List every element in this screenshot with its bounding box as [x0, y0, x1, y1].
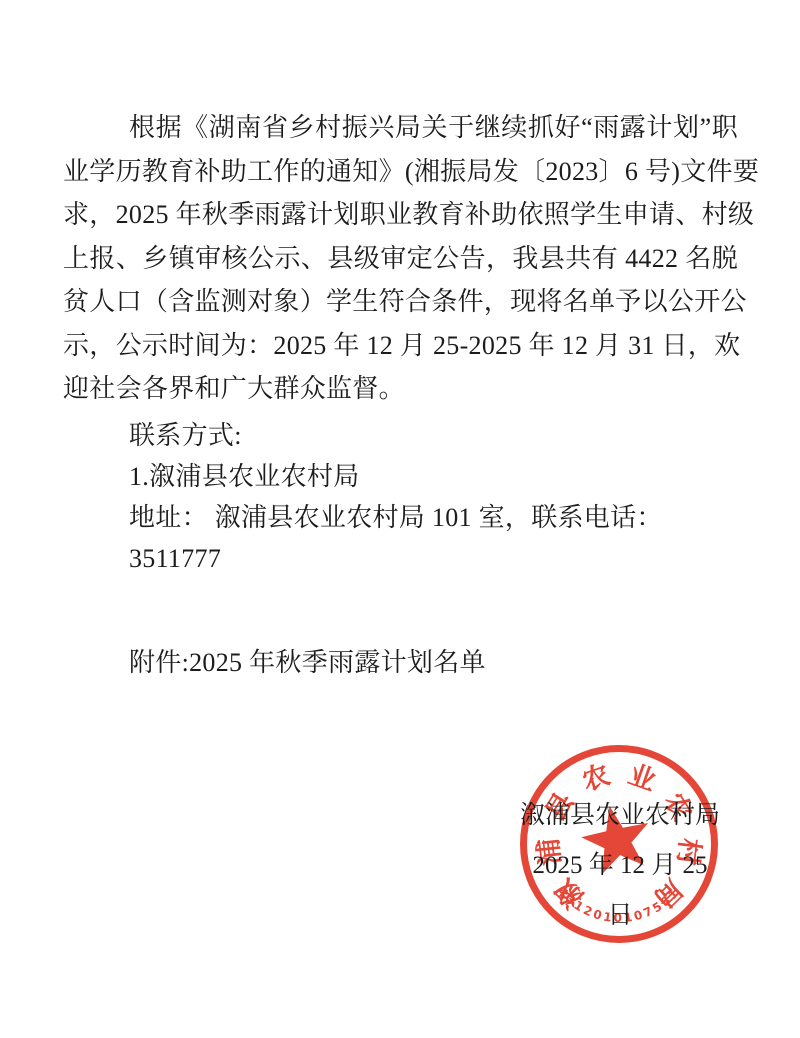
- paragraph-line: 迎社会各界和广大群众监督。: [63, 367, 738, 411]
- attachment-line: 附件:2025 年秋季雨露计划名单: [63, 641, 738, 684]
- signature-org: 溆浦县农业农村局: [520, 791, 720, 841]
- paragraph-line: 根据《湖南省乡村振兴局关于继续抓好“雨露计划”职: [63, 106, 738, 150]
- notice-document: 根据《湖南省乡村振兴局关于继续抓好“雨露计划”职 业学历教育补助工作的通知》(湘…: [63, 106, 738, 684]
- paragraph-line: 贫人口（含监测对象）学生符合条件，现将名单予以公开公: [63, 280, 738, 324]
- contact-org: 1.溆浦县农业农村局: [63, 456, 738, 497]
- paragraph-line: 求，2025 年秋季雨露计划职业教育补助依照学生申请、村级: [63, 193, 738, 237]
- paragraph-line: 业学历教育补助工作的通知》(湘振局发〔2023〕6 号)文件要: [63, 150, 738, 194]
- contact-block: 联系方式: 1.溆浦县农业农村局 地址： 溆浦县农业农村局 101 室，联系电话…: [63, 415, 738, 579]
- contact-address: 地址： 溆浦县农业农村局 101 室，联系电话： 3511777: [63, 497, 738, 579]
- notice-paragraph: 根据《湖南省乡村振兴局关于继续抓好“雨露计划”职 业学历教育补助工作的通知》(湘…: [63, 106, 738, 411]
- paragraph-line: 上报、乡镇审核公示、县级审定公告，我县共有 4422 名脱: [63, 237, 738, 281]
- signature-block: 溆浦县农业农村局 2025 年 12 月 25 日: [520, 791, 720, 941]
- signature-date: 2025 年 12 月 25 日: [520, 841, 720, 941]
- paragraph-line: 示，公示时间为：2025 年 12 月 25-2025 年 12 月 31 日，…: [63, 324, 738, 368]
- contact-heading: 联系方式:: [63, 415, 738, 456]
